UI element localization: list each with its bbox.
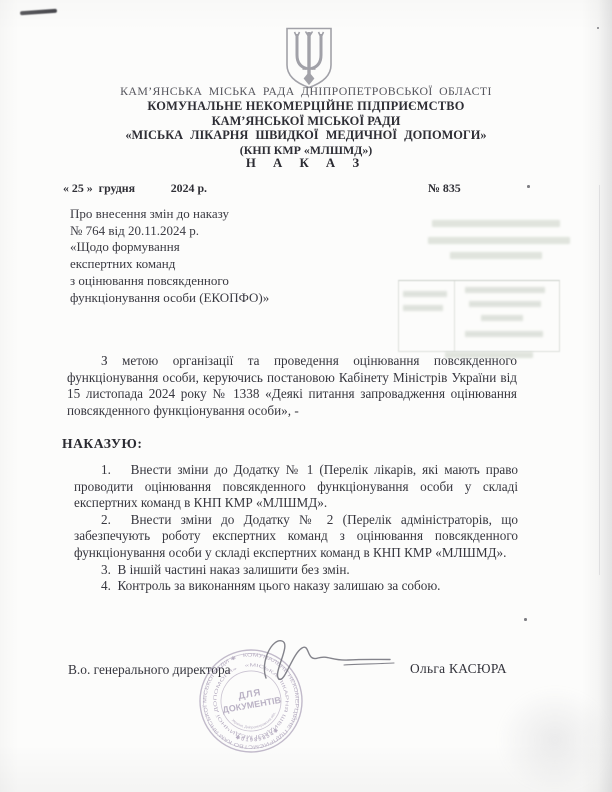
order-items: 1. Внести зміни до Додатку № 1 (Перелік … [74, 462, 518, 595]
bleed-through-cell [465, 287, 545, 293]
signatory-name: Ольга КАСЮРА [410, 661, 507, 677]
bleed-through-cell [403, 305, 443, 311]
subject-line: функціонування особи (ЕКОПФО)» [70, 290, 400, 307]
order-item-4: 4. Контроль за виконанням цього наказу з… [74, 578, 518, 595]
pen-mark-artifact [20, 9, 57, 15]
scanned-order-page: КАМ’ЯНСЬКА МІСЬКА РАДА ДНІПРОПЕТРОВСЬКОЇ… [0, 0, 612, 792]
scan-edge-shadow [598, 0, 612, 792]
dust-speck [524, 618, 527, 621]
order-heading: НАКАЗУЮ: [62, 436, 142, 452]
document-date: « 25 » грудня 2024 р. [63, 181, 207, 196]
order-item-2: 2. Внести зміни до Додатку № 2 (Перелік … [74, 512, 518, 562]
dust-speck [527, 185, 530, 188]
bleed-through-cell [481, 315, 523, 321]
bleed-through-cell [469, 301, 541, 307]
letterhead-council: КАМ’ЯНСЬКОЇ МІСЬКОЇ РАДИ [26, 114, 586, 129]
order-item-1: 1. Внести зміни до Додатку № 1 (Перелік … [74, 462, 518, 512]
subject-block: Про внесення змін до наказу № 764 від 20… [70, 206, 400, 306]
letterhead-enterprise: КОМУНАЛЬНЕ НЕКОМЕРЦІЙНЕ ПІДПРИЄМСТВО [26, 99, 586, 114]
subject-line: № 764 від 20.11.2024 р. [70, 223, 400, 240]
order-item-3: 3. В іншій частині наказ залишити без зм… [74, 562, 518, 579]
bleed-through-cell [403, 291, 447, 297]
document-type-title: Н А К А З [26, 156, 586, 171]
bleed-through-table [398, 280, 560, 352]
subject-line: експертних команд [70, 256, 400, 273]
handwritten-signature [252, 628, 402, 688]
ukraine-trident-emblem-icon [284, 27, 334, 89]
scan-blotch [498, 688, 612, 792]
letterhead-hospital-name: «МІСЬКА ЛІКАРНЯ ШВИДКОЇ МЕДИЧНОЇ ДОПОМОГ… [26, 128, 586, 143]
preamble-paragraph: З метою організації та проведення оцінюв… [67, 353, 517, 420]
subject-line: Про внесення змін до наказу [70, 206, 400, 223]
bleed-through-table-divider [454, 281, 455, 351]
bleed-through-cell [465, 331, 543, 337]
bleed-through-line [428, 237, 570, 244]
subject-line: «Щодо формування [70, 239, 400, 256]
bleed-through-line [432, 220, 560, 227]
subject-line: з оцінювання повсякденного [70, 273, 400, 290]
bleed-through-line [450, 252, 542, 259]
letterhead-city-council: КАМ’ЯНСЬКА МІСЬКА РАДА ДНІПРОПЕТРОВСЬКОЇ… [26, 84, 586, 99]
document-number: № 835 [428, 181, 461, 196]
